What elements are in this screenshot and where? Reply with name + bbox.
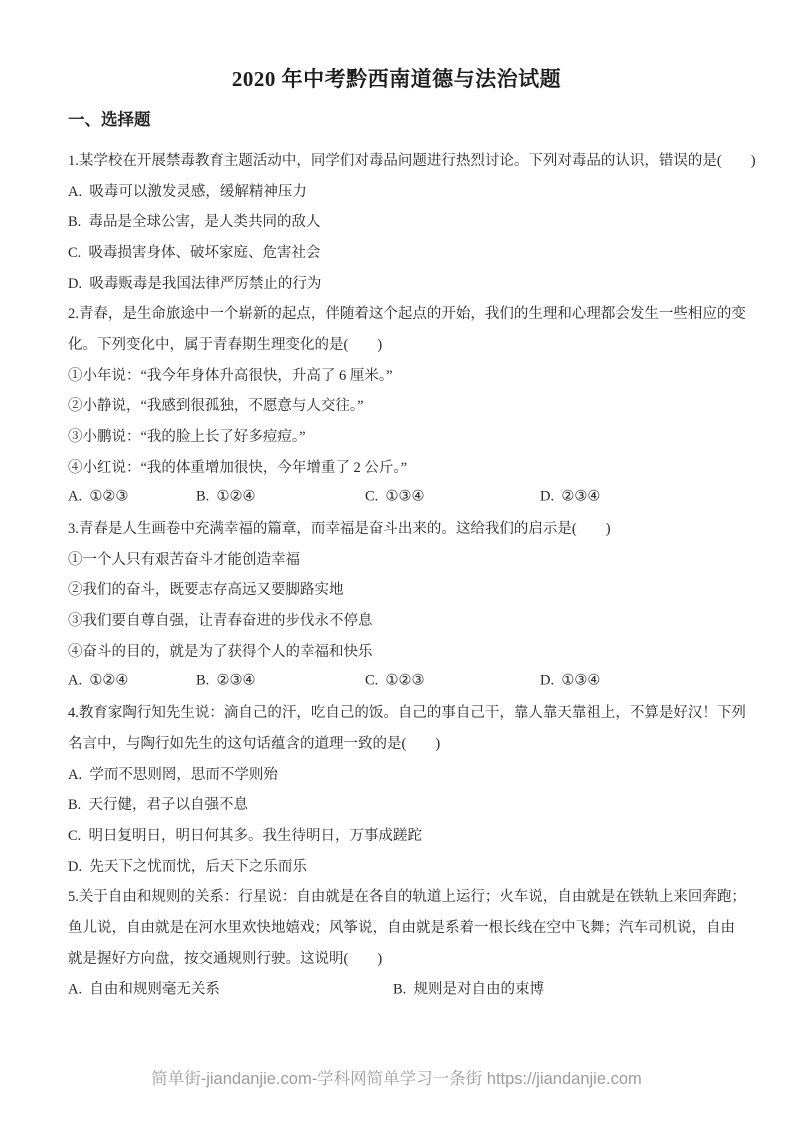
option-cell: C. ①③④ <box>365 488 425 505</box>
option-cell: D. ①③④ <box>540 673 600 690</box>
option-row: A. ①②④B. ②③④C. ①②③D. ①③④ <box>68 666 744 697</box>
text-line: 5.关于自由和规则的关系：行星说：自由就是在各自的轨道上运行；火车说，自由就是在… <box>68 881 744 912</box>
text-line: A. 吸毒可以激发灵感，缓解精神压力 <box>68 175 744 206</box>
text-line: ①一个人只有艰苦奋斗才能创造幸福 <box>68 543 744 574</box>
text-line: B. 毒品是全球公害，是人类共同的敌人 <box>68 205 744 236</box>
page-title: 2020 年中考黔西南道德与法治试题 <box>0 0 793 92</box>
text-line: ①小年说：“我今年身体升高很快，升高了 6 厘米。” <box>68 359 744 390</box>
exam-document-page: 2020 年中考黔西南道德与法治试题 一、选择题 1.某学校在开展禁毒教育主题活… <box>0 0 793 1122</box>
option-cell: B. ①②④ <box>196 488 256 505</box>
question-1: 1.某学校在开展禁毒教育主题活动中，同学们对毒品问题进行热烈讨论。下列对毒品的认… <box>68 144 744 297</box>
watermark-footer: 简单街-jiandanjie.com-学科网简单学习一条街 https://ji… <box>0 1068 793 1090</box>
option-row: A. 自由和规则毫无关系B. 规则是对自由的束博 <box>68 973 744 1004</box>
text-line: ③我们要自尊自强，让青春奋进的步伐永不停息 <box>68 604 744 635</box>
option-cell: A. ①②④ <box>68 673 128 690</box>
text-line: D. 先天下之忧而忧，后天下之乐而乐 <box>68 850 744 881</box>
option-cell: B. ②③④ <box>196 673 256 690</box>
question-3: 3.青春是人生画卷中充满幸福的篇章，而幸福是奋斗出来的。这给我们的启示是( )①… <box>68 512 744 696</box>
text-line: 名言中，与陶行如先生的这句话蕴含的道理一致的是( ) <box>68 727 744 758</box>
text-line: C. 吸毒损害身体、破坏家庭、危害社会 <box>68 236 744 267</box>
text-line: 4.教育家陶行知先生说：滴自己的汗，吃自己的饭。自己的事自己干，靠人靠天靠祖上，… <box>68 696 744 727</box>
question-5: 5.关于自由和规则的关系：行星说：自由就是在各自的轨道上运行；火车说，自由就是在… <box>68 881 744 1004</box>
text-line: B. 天行健，君子以自强不息 <box>68 788 744 819</box>
text-line: ③小鹏说：“我的脸上长了好多痘痘。” <box>68 420 744 451</box>
text-line: A. 学而不思则罔，思而不学则殆 <box>68 758 744 789</box>
text-line: 2.青春，是生命旅途中一个崭新的起点，伴随着这个起点的开始，我们的生理和心理都会… <box>68 297 744 328</box>
text-line: ④小红说：“我的体重增加很快，今年增重了 2 公斤。” <box>68 451 744 482</box>
option-cell: B. 规则是对自由的束博 <box>393 977 544 998</box>
document-body: 一、选择题 1.某学校在开展禁毒教育主题活动中，同学们对毒品问题进行热烈讨论。下… <box>68 92 744 1003</box>
option-cell: A. ①②③ <box>68 488 128 505</box>
question-2: 2.青春，是生命旅途中一个崭新的起点，伴随着这个起点的开始，我们的生理和心理都会… <box>68 297 744 512</box>
text-line: 3.青春是人生画卷中充满幸福的篇章，而幸福是奋斗出来的。这给我们的启示是( ) <box>68 512 744 543</box>
questions: 1.某学校在开展禁毒教育主题活动中，同学们对毒品问题进行热烈讨论。下列对毒品的认… <box>68 144 744 1003</box>
text-line: 就是握好方向盘，按交通规则行驶。这说明( ) <box>68 942 744 973</box>
question-4: 4.教育家陶行知先生说：滴自己的汗，吃自己的饭。自己的事自己干，靠人靠天靠祖上，… <box>68 696 744 880</box>
option-cell: A. 自由和规则毫无关系 <box>68 977 220 998</box>
option-cell: C. ①②③ <box>365 673 425 690</box>
option-row: A. ①②③B. ①②④C. ①③④D. ②③④ <box>68 482 744 513</box>
text-line: D. 吸毒贩毒是我国法律严厉禁止的行为 <box>68 267 744 298</box>
text-line: 鱼儿说，自由就是在河水里欢快地嬉戏；风筝说，自由就是系着一根长线在空中飞舞；汽车… <box>68 911 744 942</box>
text-line: ④奋斗的目的，就是为了获得个人的幸福和快乐 <box>68 635 744 666</box>
option-cell: D. ②③④ <box>540 488 600 505</box>
text-line: 化。下列变化中，属于青春期生理变化的是( ) <box>68 328 744 359</box>
section-header: 一、选择题 <box>68 109 744 130</box>
text-line: 1.某学校在开展禁毒教育主题活动中，同学们对毒品问题进行热烈讨论。下列对毒品的认… <box>68 144 744 175</box>
text-line: ②小静说，“我感到很孤独，不愿意与人交往。” <box>68 390 744 421</box>
text-line: ②我们的奋斗，既要志存高远又要脚路实地 <box>68 574 744 605</box>
text-line: C. 明日复明日，明日何其多。我生待明日，万事成蹉跎 <box>68 819 744 850</box>
